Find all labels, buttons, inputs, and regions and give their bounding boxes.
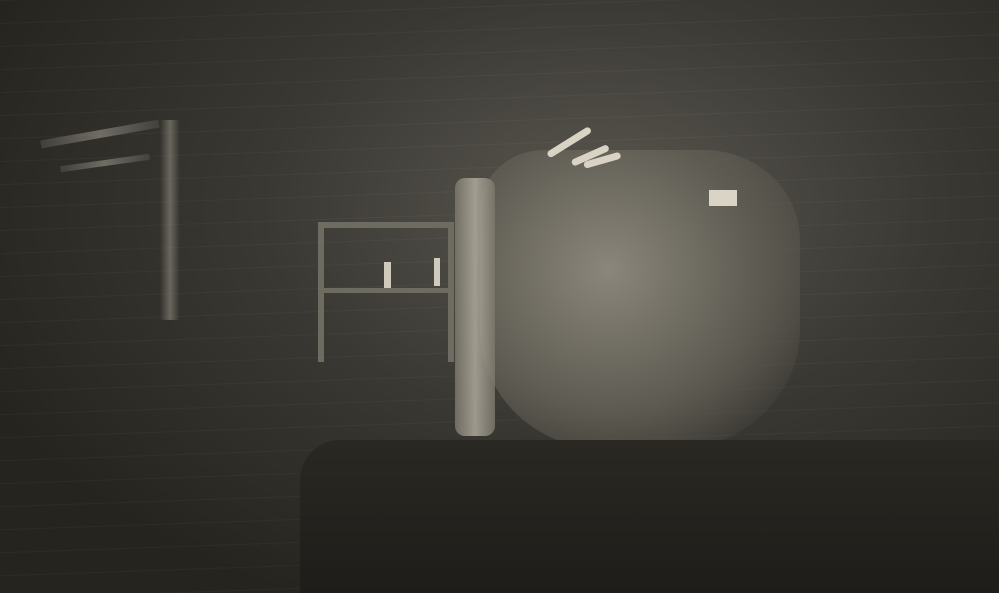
- light-streak: [160, 120, 180, 320]
- bottle: [434, 258, 440, 286]
- vertical-post: [455, 178, 495, 436]
- photograph: [0, 0, 999, 593]
- shelf-board: [322, 288, 450, 293]
- bottle: [384, 262, 391, 288]
- paper-label: [709, 190, 737, 206]
- draped-cloth: [480, 150, 800, 450]
- dark-foreground: [300, 440, 999, 593]
